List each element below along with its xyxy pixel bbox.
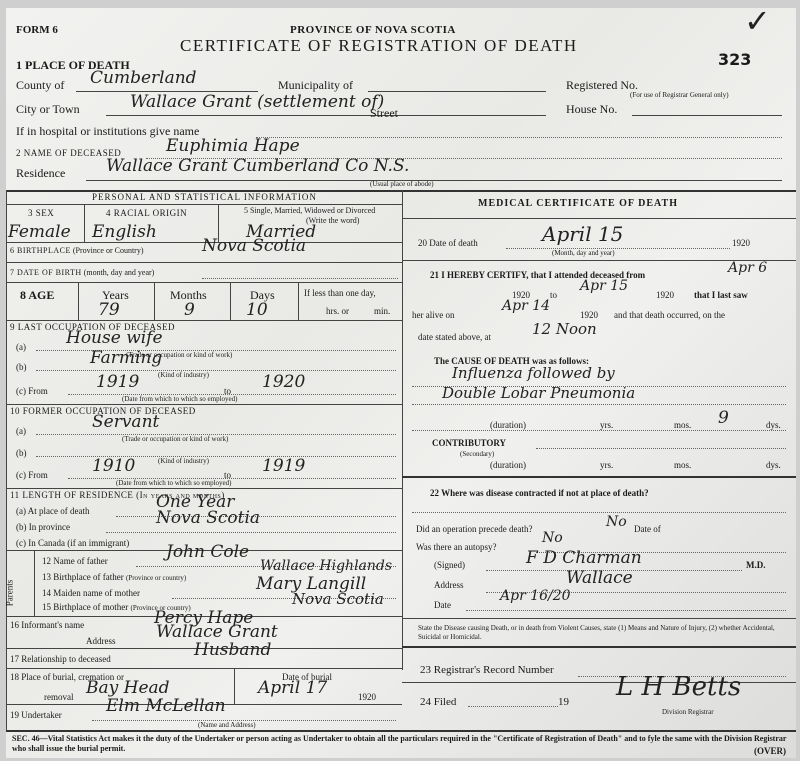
res-b-value: Nova Scotia xyxy=(156,508,260,528)
date-signed-value: Apr 16/20 xyxy=(500,588,571,604)
contrib-dys-label: dys. xyxy=(766,460,781,470)
sex-label: 3 SEX xyxy=(28,208,54,218)
registered-no-note: (For use of Registrar General only) xyxy=(630,91,729,99)
occurred-label: and that death occurred, on the xyxy=(614,310,725,320)
yrs-label: yrs. xyxy=(600,420,613,430)
informant-name-label: 16 Informant's name xyxy=(10,620,84,630)
contrib-mos-label: mos. xyxy=(674,460,691,470)
autopsy-value: No xyxy=(542,530,563,546)
last-occ-b-label: (b) xyxy=(16,362,27,372)
attended-to-year: 1920 xyxy=(656,290,674,300)
registrar-signature: L H Betts xyxy=(616,672,741,702)
burial-place-value: Bay Head xyxy=(86,678,170,698)
municipality-label: Municipality of xyxy=(278,78,353,93)
house-no-label: House No. xyxy=(566,102,617,117)
race-value: English xyxy=(92,222,157,242)
deceased-name-value: Euphimia Hape xyxy=(166,136,300,156)
county-value: Cumberland xyxy=(90,68,197,88)
death-date-note: (Month, day and year) xyxy=(552,249,615,257)
last-occ-b-value: Farming xyxy=(90,348,162,368)
undertaker-note: (Name and Address) xyxy=(198,721,256,729)
burial-date-value: April 17 xyxy=(258,678,327,698)
death-time-value: 12 Noon xyxy=(532,320,597,338)
former-occ-from: 1910 xyxy=(92,456,135,476)
sec-46-notice: SEC. 46—Vital Statistics Act makes it th… xyxy=(12,734,792,754)
physician-address-label: Address xyxy=(434,580,464,590)
last-occ-from: 1919 xyxy=(96,372,139,392)
physician-signature: F D Charman xyxy=(526,548,642,568)
form-label: FORM 6 xyxy=(16,24,58,36)
secondary-note: (Secondary) xyxy=(460,450,494,458)
date-signed-label: Date xyxy=(434,600,451,610)
death-certificate: FORM 6 PROVINCE OF NOVA SCOTIA CERTIFICA… xyxy=(6,8,796,758)
certificate-title: CERTIFICATE OF REGISTRATION OF DEATH xyxy=(180,36,578,56)
street-label: Street xyxy=(370,106,398,121)
mother-birth-value: Nova Scotia xyxy=(292,590,384,608)
filed-year: 19 xyxy=(558,696,569,708)
dys-label: dys. xyxy=(766,420,781,430)
last-occ-b-note: (Kind of industry) xyxy=(158,371,209,379)
check-mark-icon: ✓ xyxy=(744,2,771,40)
removal-label: removal xyxy=(44,692,74,702)
marital-label: 5 Single, Married, Widowed or Divorced xyxy=(244,206,375,215)
date-of-label: Date of xyxy=(634,524,661,534)
last-occ-c-note: (Date from which to which so employed) xyxy=(122,395,237,403)
duration-label: (duration) xyxy=(490,420,526,430)
race-label: 4 RACIAL ORIGIN xyxy=(106,208,187,218)
sex-value: Female xyxy=(8,222,71,242)
operation-value: No xyxy=(606,514,627,530)
registered-no-label: Registered No. xyxy=(566,78,638,93)
autopsy-label: Was there an autopsy? xyxy=(416,542,497,552)
over-label: (OVER) xyxy=(754,746,786,756)
personal-info-title: PERSONAL AND STATISTICAL INFORMATION xyxy=(92,192,317,202)
former-occ-b-note: (Kind of industry) xyxy=(158,457,209,465)
disease-note: State the Disease causing Death, or in d… xyxy=(418,624,788,642)
last-occ-to: 1920 xyxy=(262,372,305,392)
duration-days-value: 9 xyxy=(718,408,729,428)
former-occ-to: 1919 xyxy=(262,456,305,476)
father-value: John Cole xyxy=(166,542,249,562)
hrs-label: hrs. or xyxy=(326,306,349,316)
days-value: 10 xyxy=(246,300,268,320)
age-label: 8 AGE xyxy=(20,288,54,303)
res-a-label: (a) At place of death xyxy=(16,506,89,516)
residence-value: Wallace Grant Cumberland Co N.S. xyxy=(106,156,409,176)
cause-line-1: Influenza followed by xyxy=(452,364,615,382)
city-label: City or Town xyxy=(16,102,80,117)
former-occ-a-value: Servant xyxy=(92,412,159,432)
former-occ-a-label: (a) xyxy=(16,426,26,436)
death-date-label: 20 Date of death xyxy=(418,238,478,248)
former-occ-c-note: (Date from which to which so employed) xyxy=(116,479,231,487)
attended-from-value: Apr 6 xyxy=(728,260,767,276)
record-number-label: 23 Registrar's Record Number xyxy=(420,664,554,676)
medical-title: MEDICAL CERTIFICATE OF DEATH xyxy=(478,198,678,209)
attended-to-value: Apr 15 xyxy=(580,278,628,294)
disease-contracted-label: 22 Where was disease contracted if not a… xyxy=(430,488,649,498)
months-value: 9 xyxy=(184,300,195,320)
undertaker-label: 19 Undertaker xyxy=(10,710,62,720)
father-label: 12 Name of father xyxy=(42,556,108,566)
former-occ-b-label: (b) xyxy=(16,448,27,458)
division-registrar-label: Division Registrar xyxy=(662,708,714,716)
res-c-label: (c) In Canada (if an immigrant) xyxy=(16,538,129,548)
contrib-duration-label: (duration) xyxy=(490,460,526,470)
death-date-value: April 15 xyxy=(542,222,623,246)
stated-label: date stated above, at xyxy=(418,332,491,342)
md-label: M.D. xyxy=(746,560,766,570)
res-b-label: (b) In province xyxy=(16,522,70,532)
relation-value: Husband xyxy=(194,640,271,660)
cause-line-2: Double Lobar Pneumonia xyxy=(442,384,635,402)
residence-note: (Usual place of abode) xyxy=(370,180,434,188)
former-occ-a-note: (Trade or occupation or kind of work) xyxy=(122,435,228,443)
mos-label: mos. xyxy=(674,420,691,430)
alive-year: 1920 xyxy=(580,310,598,320)
contrib-yrs-label: yrs. xyxy=(600,460,613,470)
residence-label: Residence xyxy=(16,166,65,181)
informant-address-label: Address xyxy=(86,636,116,646)
birthplace-value: Nova Scotia xyxy=(202,236,306,256)
last-occ-a-label: (a) xyxy=(16,342,26,352)
informant-address-value: Wallace Grant xyxy=(156,622,278,642)
years-value: 79 xyxy=(98,300,120,320)
signed-label: (Signed) xyxy=(434,560,465,570)
former-occ-c-label: (c) From xyxy=(16,470,48,480)
last-occ-c-label: (c) From xyxy=(16,386,48,396)
serial-number: 323 xyxy=(718,50,751,69)
father-birth-label: 13 Birthplace of father (Province or cou… xyxy=(42,572,186,582)
less-than-day-label: If less than one day, xyxy=(304,288,376,298)
father-birth-value: Wallace Highlands xyxy=(260,558,392,574)
parents-side-label: Parents xyxy=(4,580,14,607)
operation-label: Did an operation precede death? xyxy=(416,524,532,534)
last-saw-label: that I last saw xyxy=(694,290,748,300)
physician-address-value: Wallace xyxy=(566,568,633,588)
mother-label: 14 Maiden name of mother xyxy=(42,588,140,598)
province-heading: PROVINCE OF NOVA SCOTIA xyxy=(290,24,456,36)
attended-to-label: to xyxy=(550,290,557,300)
last-occ-a-value: House wife xyxy=(66,328,163,348)
burial-year: 1920 xyxy=(358,692,376,702)
undertaker-value: Elm McLellan xyxy=(106,696,226,716)
alive-label: her alive on xyxy=(412,310,454,320)
county-label: County of xyxy=(16,78,64,93)
filed-label: 24 Filed xyxy=(420,696,456,708)
contributory-label: CONTRIBUTORY xyxy=(432,438,506,448)
city-value: Wallace Grant (settlement of) xyxy=(130,92,384,112)
relation-label: 17 Relationship to deceased xyxy=(10,654,111,664)
alive-value: Apr 14 xyxy=(502,298,550,314)
death-date-year: 1920 xyxy=(732,238,750,248)
min-label: min. xyxy=(374,306,390,316)
birthplace-label: 6 BIRTHPLACE (Province or Country) xyxy=(10,246,144,255)
dob-label: 7 DATE OF BIRTH (month, day and year) xyxy=(10,268,154,277)
